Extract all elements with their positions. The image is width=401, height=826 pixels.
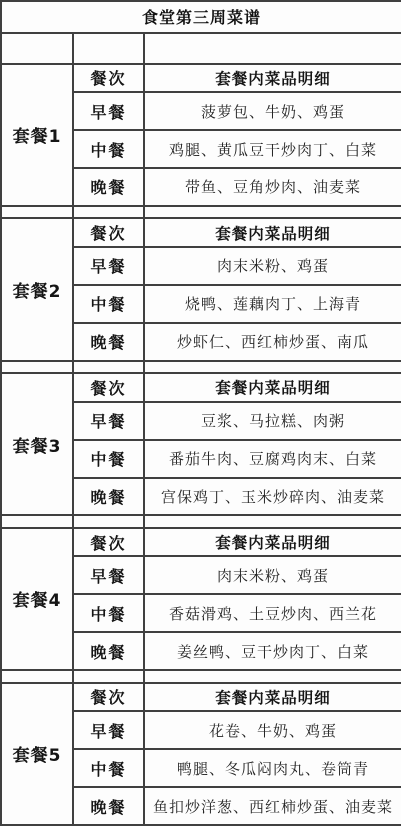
meal-time-label: 中餐 — [73, 130, 144, 168]
dish-list: 番茄牛肉、豆腐鸡肉末、白菜 — [144, 440, 401, 478]
dish-list: 炒虾仁、西红柿炒蛋、南瓜 — [144, 323, 401, 361]
meal-time-label: 晚餐 — [73, 168, 144, 206]
empty-cell — [73, 206, 144, 218]
section-header-row: 套餐5 餐次 套餐内菜品明细 — [1, 683, 401, 712]
title-row: 食堂第三周菜谱 — [1, 1, 401, 33]
meal-time-label: 晚餐 — [73, 632, 144, 670]
empty-cell — [144, 206, 401, 218]
detail-column-header: 套餐内菜品明细 — [144, 683, 401, 712]
empty-cell — [1, 515, 73, 527]
empty-cell — [73, 515, 144, 527]
empty-cell — [1, 206, 73, 218]
meal-column-header: 餐次 — [73, 218, 144, 247]
section-separator — [1, 670, 401, 682]
gap-row — [1, 33, 401, 64]
meal-time-label: 中餐 — [73, 440, 144, 478]
detail-column-header: 套餐内菜品明细 — [144, 64, 401, 93]
meal-time-label: 早餐 — [73, 92, 144, 130]
meal-time-label: 早餐 — [73, 556, 144, 594]
meal-time-label: 早餐 — [73, 402, 144, 440]
dish-list: 肉末米粉、鸡蛋 — [144, 247, 401, 285]
section-header-row: 套餐4 餐次 套餐内菜品明细 — [1, 528, 401, 557]
detail-column-header: 套餐内菜品明细 — [144, 528, 401, 557]
section-header-row: 套餐1 餐次 套餐内菜品明细 — [1, 64, 401, 93]
dish-list: 带鱼、豆角炒肉、油麦菜 — [144, 168, 401, 206]
meal-column-header: 餐次 — [73, 528, 144, 557]
dish-list: 烧鸭、莲藕肉丁、上海青 — [144, 285, 401, 323]
set-label: 套餐3 — [1, 373, 73, 515]
meal-time-label: 中餐 — [73, 594, 144, 632]
menu-page: 食堂第三周菜谱 套餐1 餐次 套餐内菜品明细 早餐 菠萝包、牛奶、鸡蛋 中餐 鸡… — [0, 0, 401, 826]
dish-list: 菠萝包、牛奶、鸡蛋 — [144, 92, 401, 130]
dish-list: 鸡腿、黄瓜豆干炒肉丁、白菜 — [144, 130, 401, 168]
empty-cell — [1, 361, 73, 373]
meal-column-header: 餐次 — [73, 683, 144, 712]
empty-cell — [144, 361, 401, 373]
section-separator — [1, 515, 401, 527]
dish-list: 肉末米粉、鸡蛋 — [144, 556, 401, 594]
empty-cell — [73, 670, 144, 682]
dish-list: 姜丝鸭、豆干炒肉丁、白菜 — [144, 632, 401, 670]
set-label: 套餐1 — [1, 64, 73, 206]
empty-cell — [144, 33, 401, 64]
empty-cell — [1, 33, 73, 64]
section-separator — [1, 361, 401, 373]
menu-section-5: 套餐5 餐次 套餐内菜品明细 早餐 花卷、牛奶、鸡蛋 中餐 鸭腿、冬瓜闷肉丸、卷… — [1, 683, 401, 825]
meal-time-label: 晚餐 — [73, 323, 144, 361]
title-section: 食堂第三周菜谱 — [1, 1, 401, 64]
menu-section-2: 套餐2 餐次 套餐内菜品明细 早餐 肉末米粉、鸡蛋 中餐 烧鸭、莲藕肉丁、上海青… — [1, 218, 401, 373]
empty-cell — [1, 670, 73, 682]
dish-list: 豆浆、马拉糕、肉粥 — [144, 402, 401, 440]
set-label: 套餐2 — [1, 218, 73, 360]
empty-cell — [73, 33, 144, 64]
meal-time-label: 晚餐 — [73, 478, 144, 516]
menu-section-1: 套餐1 餐次 套餐内菜品明细 早餐 菠萝包、牛奶、鸡蛋 中餐 鸡腿、黄瓜豆干炒肉… — [1, 64, 401, 219]
dish-list: 鱼扣炒洋葱、西红柿炒蛋、油麦菜 — [144, 787, 401, 825]
empty-cell — [144, 670, 401, 682]
section-separator — [1, 206, 401, 218]
detail-column-header: 套餐内菜品明细 — [144, 218, 401, 247]
meal-time-label: 中餐 — [73, 285, 144, 323]
meal-column-header: 餐次 — [73, 64, 144, 93]
section-header-row: 套餐2 餐次 套餐内菜品明细 — [1, 218, 401, 247]
dish-list: 鸭腿、冬瓜闷肉丸、卷筒青 — [144, 749, 401, 787]
empty-cell — [73, 361, 144, 373]
meal-time-label: 中餐 — [73, 749, 144, 787]
dish-list: 香菇滑鸡、土豆炒肉、西兰花 — [144, 594, 401, 632]
menu-section-3: 套餐3 餐次 套餐内菜品明细 早餐 豆浆、马拉糕、肉粥 中餐 番茄牛肉、豆腐鸡肉… — [1, 373, 401, 528]
meal-column-header: 餐次 — [73, 373, 144, 402]
set-label: 套餐5 — [1, 683, 73, 825]
meal-time-label: 早餐 — [73, 711, 144, 749]
detail-column-header: 套餐内菜品明细 — [144, 373, 401, 402]
page-title: 食堂第三周菜谱 — [1, 1, 401, 33]
dish-list: 宫保鸡丁、玉米炒碎肉、油麦菜 — [144, 478, 401, 516]
empty-cell — [144, 515, 401, 527]
menu-section-4: 套餐4 餐次 套餐内菜品明细 早餐 肉末米粉、鸡蛋 中餐 香菇滑鸡、土豆炒肉、西… — [1, 528, 401, 683]
meal-time-label: 早餐 — [73, 247, 144, 285]
section-header-row: 套餐3 餐次 套餐内菜品明细 — [1, 373, 401, 402]
dish-list: 花卷、牛奶、鸡蛋 — [144, 711, 401, 749]
menu-table: 食堂第三周菜谱 套餐1 餐次 套餐内菜品明细 早餐 菠萝包、牛奶、鸡蛋 中餐 鸡… — [0, 0, 401, 826]
meal-time-label: 晚餐 — [73, 787, 144, 825]
set-label: 套餐4 — [1, 528, 73, 670]
